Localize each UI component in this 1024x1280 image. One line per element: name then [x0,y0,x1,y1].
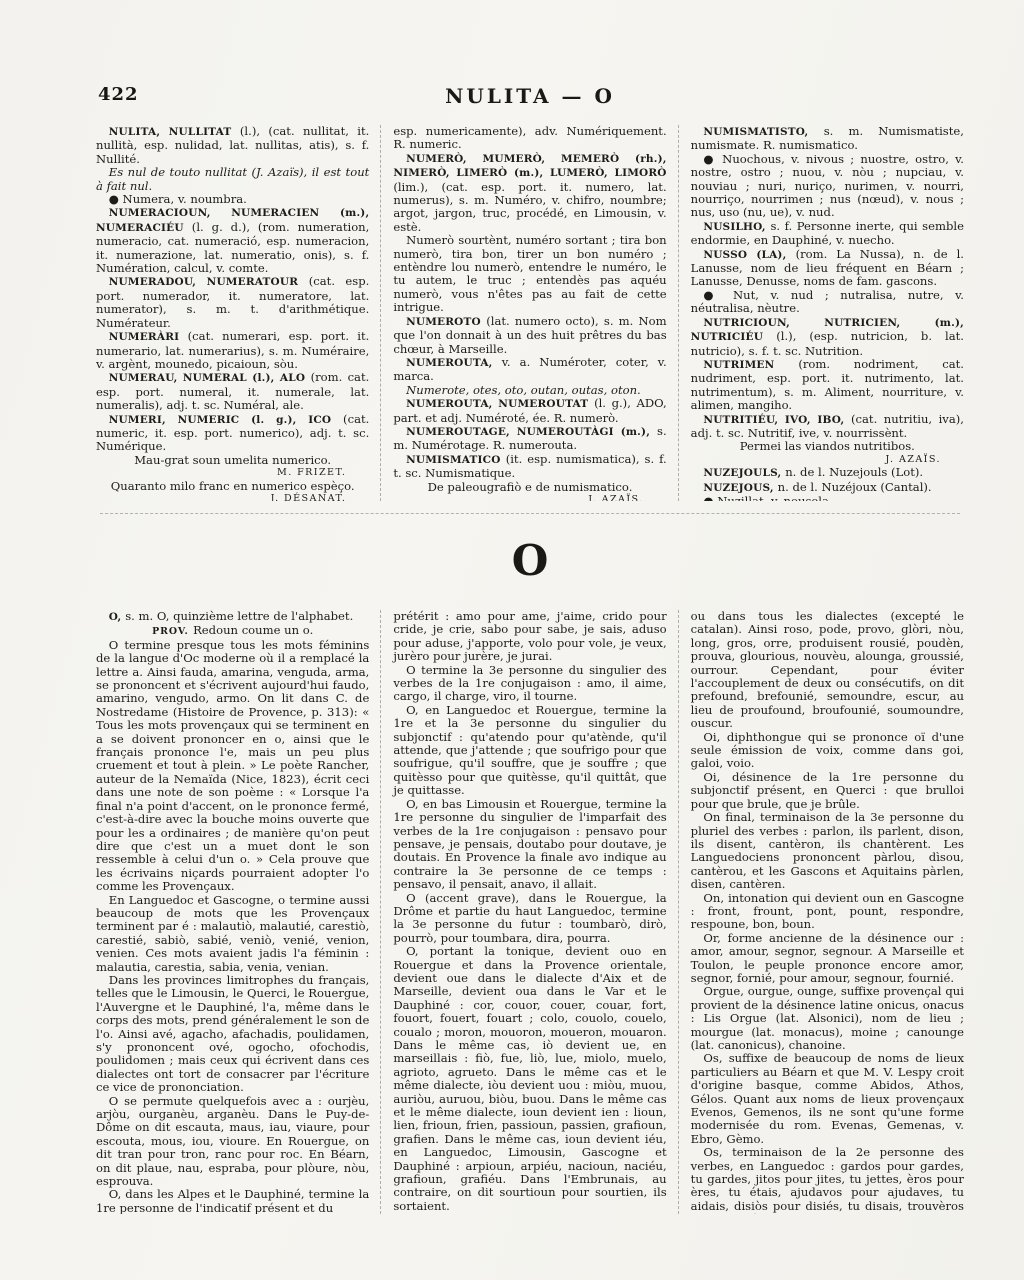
paragraph: Permei las viandos nutritibos. [691,440,964,453]
bottom-column-2: prétérit : amo pour ame, j'aime, crido p… [380,610,666,1214]
paragraph: Oi, diphthongue qui se prononce oï d'une… [691,731,964,771]
paragraph: Numerò sourtènt, numéro sortant ; tira b… [393,234,666,314]
top-column-2: esp. numericamente), adv. Numériquement.… [380,125,666,501]
dictionary-page-scan: 422 NULITA — O NULITA, NULLITAT (l.), (c… [0,0,1024,1280]
section-letter-heading: O [96,538,964,584]
dictionary-entry: NUMISMATICO (it. esp. numismatica), s. f… [393,453,666,481]
paragraph: ou dans tous les dialectes (excepté le c… [691,610,964,731]
page-header: 422 NULITA — O [96,84,964,110]
dictionary-entry: NUMERACIOUN, NUMERACIEN (m.), NUMERACIÉU… [96,206,369,275]
entry-headword: NUMERAU, NUMERAL (l.), ALO [109,372,311,384]
paragraph: ● Nut, v. nud ; nutralisa, nutre, v. néu… [691,289,964,316]
paragraph: J. DÉSANAT. [96,493,369,501]
entry-headword: NUMEROUTA, NUMEROUTAT [406,398,594,410]
entry-headword: NUMEROUTA, [406,357,502,369]
paragraph: prétérit : amo pour ame, j'aime, crido p… [393,610,666,664]
entry-headword: NUSILHO, [703,221,770,233]
dictionary-entry: NUMERADOU, NUMERATOUR (cat. esp. port. n… [96,275,369,330]
entry-headword: NUTRITIÉU, IVO, IBO, [703,414,851,426]
paragraph: J. AZAÏS. [393,494,666,501]
paragraph: O (accent grave), dans le Rouergue, la D… [393,892,666,946]
entry-headword: NUTRIMEN [703,359,798,371]
paragraph: O, avant la tonique, devient constamment [393,1213,666,1214]
paragraph: esp. numericamente), adv. Numériquement.… [393,125,666,152]
dictionary-entry: NUTRITIÉU, IVO, IBO, (cat. nutritiu, iva… [691,413,964,441]
entry-headword: NUMERÀRI [109,331,188,343]
dictionary-entry: NUTRICIOUN, NUTRICIEN, (m.), NUTRICIÉU (… [691,316,964,358]
entry-headword: NUMERI, NUMERIC (l. g.), ICO [109,414,343,426]
dictionary-entry: NUSSO (LA), (rom. La Nussa), n. de l. La… [691,248,964,289]
entry-headword: NULITA, NULLITAT [109,126,240,138]
dictionary-entry: NUZEJOUS, n. de l. Nuzéjoux (Cantal). [691,481,964,495]
paragraph: En Languedoc et Gascogne, o termine auss… [96,894,369,974]
dictionary-entry: NUMERI, NUMERIC (l. g.), ICO (cat. numer… [96,413,369,454]
dictionary-entry: NUMEROUTA, NUMEROUTAT (l. g.), ADO, part… [393,397,666,425]
bottom-column-3: ou dans tous les dialectes (excepté le c… [678,610,964,1214]
paragraph: Os, suffixe de beaucoup de noms de lieux… [691,1052,964,1146]
paragraph: O termine presque tous les mots féminins… [96,639,369,894]
bottom-column-1: O, s. m. O, quinzième lettre de l'alphab… [96,610,369,1214]
paragraph: Es nul de touto nullitat (J. Azaïs), il … [96,166,369,193]
paragraph: M. FRIZET. [96,467,369,480]
entry-headword: NUMEROUTAGE, NUMEROUTÀGI (m.), [406,426,657,438]
paragraph: ● Nuzillat, v. nousela. [691,495,964,501]
paragraph: Numerote, otes, oto, outan, outas, oton. [393,384,666,397]
paragraph: On, intonation qui devient oun en Gascog… [691,892,964,932]
section-divider-rule [100,513,960,514]
dictionary-entry: NULITA, NULLITAT (l.), (cat. nullitat, i… [96,125,369,166]
dictionary-entry: NUSILHO, s. f. Personne inerte, qui semb… [691,220,964,248]
entry-headword: NUZEJOULS, [703,467,785,479]
dictionary-entry: NUMERÀRI (cat. numerari, esp. port. it. … [96,330,369,371]
dictionary-entry: NUMISMATISTO, s. m. Numismatiste, numism… [691,125,964,153]
paragraph: O, portant la tonique, devient ouo en Ro… [393,945,666,1213]
dictionary-entry: NUMERAU, NUMERAL (l.), ALO (rom. cat. es… [96,371,369,412]
paragraph: Mau-grat soun umelita numerico. [96,454,369,467]
paragraph: O, en bas Limousin et Rouergue, termine … [393,798,666,892]
paragraph: ● Numera, v. noumbra. [96,193,369,206]
paragraph: Os, terminaison de la 2e personne des ve… [691,1146,964,1214]
paragraph: O, en Languedoc et Rouergue, termine la … [393,704,666,798]
paragraph: Or, forme ancienne de la désinence our :… [691,932,964,986]
dictionary-entry: NUTRIMEN (rom. nodriment, cat. nudriment… [691,358,964,413]
dictionary-entry: NUMERÒ, MUMERÒ, MEMERÒ (rh.), NIMERÒ, LI… [393,152,666,234]
entry-headword: NUMERADOU, NUMERATOUR [109,276,309,288]
dictionary-entry: NUMEROUTAGE, NUMEROUTÀGI (m.), s. m. Num… [393,425,666,453]
entry-headword: NUSSO (LA), [703,249,795,261]
paragraph: PROV. Redoun coume un o. [96,624,369,638]
dictionary-entry: NUZEJOULS, n. de l. Nuzejouls (Lot). [691,466,964,480]
paragraph: Oi, désinence de la 1re personne du subj… [691,771,964,811]
entry-headword: NUZEJOUS, [703,482,777,494]
top-text-section: NULITA, NULLITAT (l.), (cat. nullitat, i… [96,125,964,501]
top-column-3: NUMISMATISTO, s. m. Numismatiste, numism… [678,125,964,501]
paragraph: Orgue, ourgue, ounge, suffixe provençal … [691,985,964,1052]
paragraph: De paleougrafiò e de numismatico. [393,481,666,494]
dictionary-entry: NUMEROTO (lat. numero octo), s. m. Nom q… [393,315,666,356]
dictionary-entry: NUMEROUTA, v. a. Numéroter, coter, v. ma… [393,356,666,384]
paragraph: Quaranto milo franc en numerico espèço. [96,480,369,493]
entry-headword: O, [109,611,125,623]
paragraph: O se permute quelquefois avec a : ourjèu… [96,1095,369,1189]
paragraph: Dans les provinces limitrophes du frança… [96,974,369,1095]
entry-headword: NUMERACIOUN, NUMERACIEN (m.), NUMERACIÉU [96,207,369,233]
dictionary-entry: O, s. m. O, quinzième lettre de l'alphab… [96,610,369,624]
paragraph: O termine la 3e personne du singulier de… [393,664,666,704]
entry-headword: NUMISMATISTO, [703,126,823,138]
paragraph: O, dans les Alpes et le Dauphiné, termin… [96,1188,369,1214]
running-title: NULITA — O [96,84,964,108]
paragraph: ● Nuochous, v. nivous ; nuostre, ostro, … [691,153,964,220]
entry-headword: PROV. [152,626,193,637]
bottom-text-section: O, s. m. O, quinzième lettre de l'alphab… [96,610,964,1214]
entry-headword: NUMISMATICO [406,454,506,466]
entry-headword: NUTRICIOUN, NUTRICIEN, (m.), NUTRICIÉU [691,317,964,343]
paragraph: On final, terminaison de la 3e personne … [691,811,964,891]
entry-headword: NUMEROTO [406,316,486,328]
entry-headword: NUMERÒ, MUMERÒ, MEMERÒ (rh.), NIMERÒ, LI… [393,153,666,179]
top-column-1: NULITA, NULLITAT (l.), (cat. nullitat, i… [96,125,369,501]
